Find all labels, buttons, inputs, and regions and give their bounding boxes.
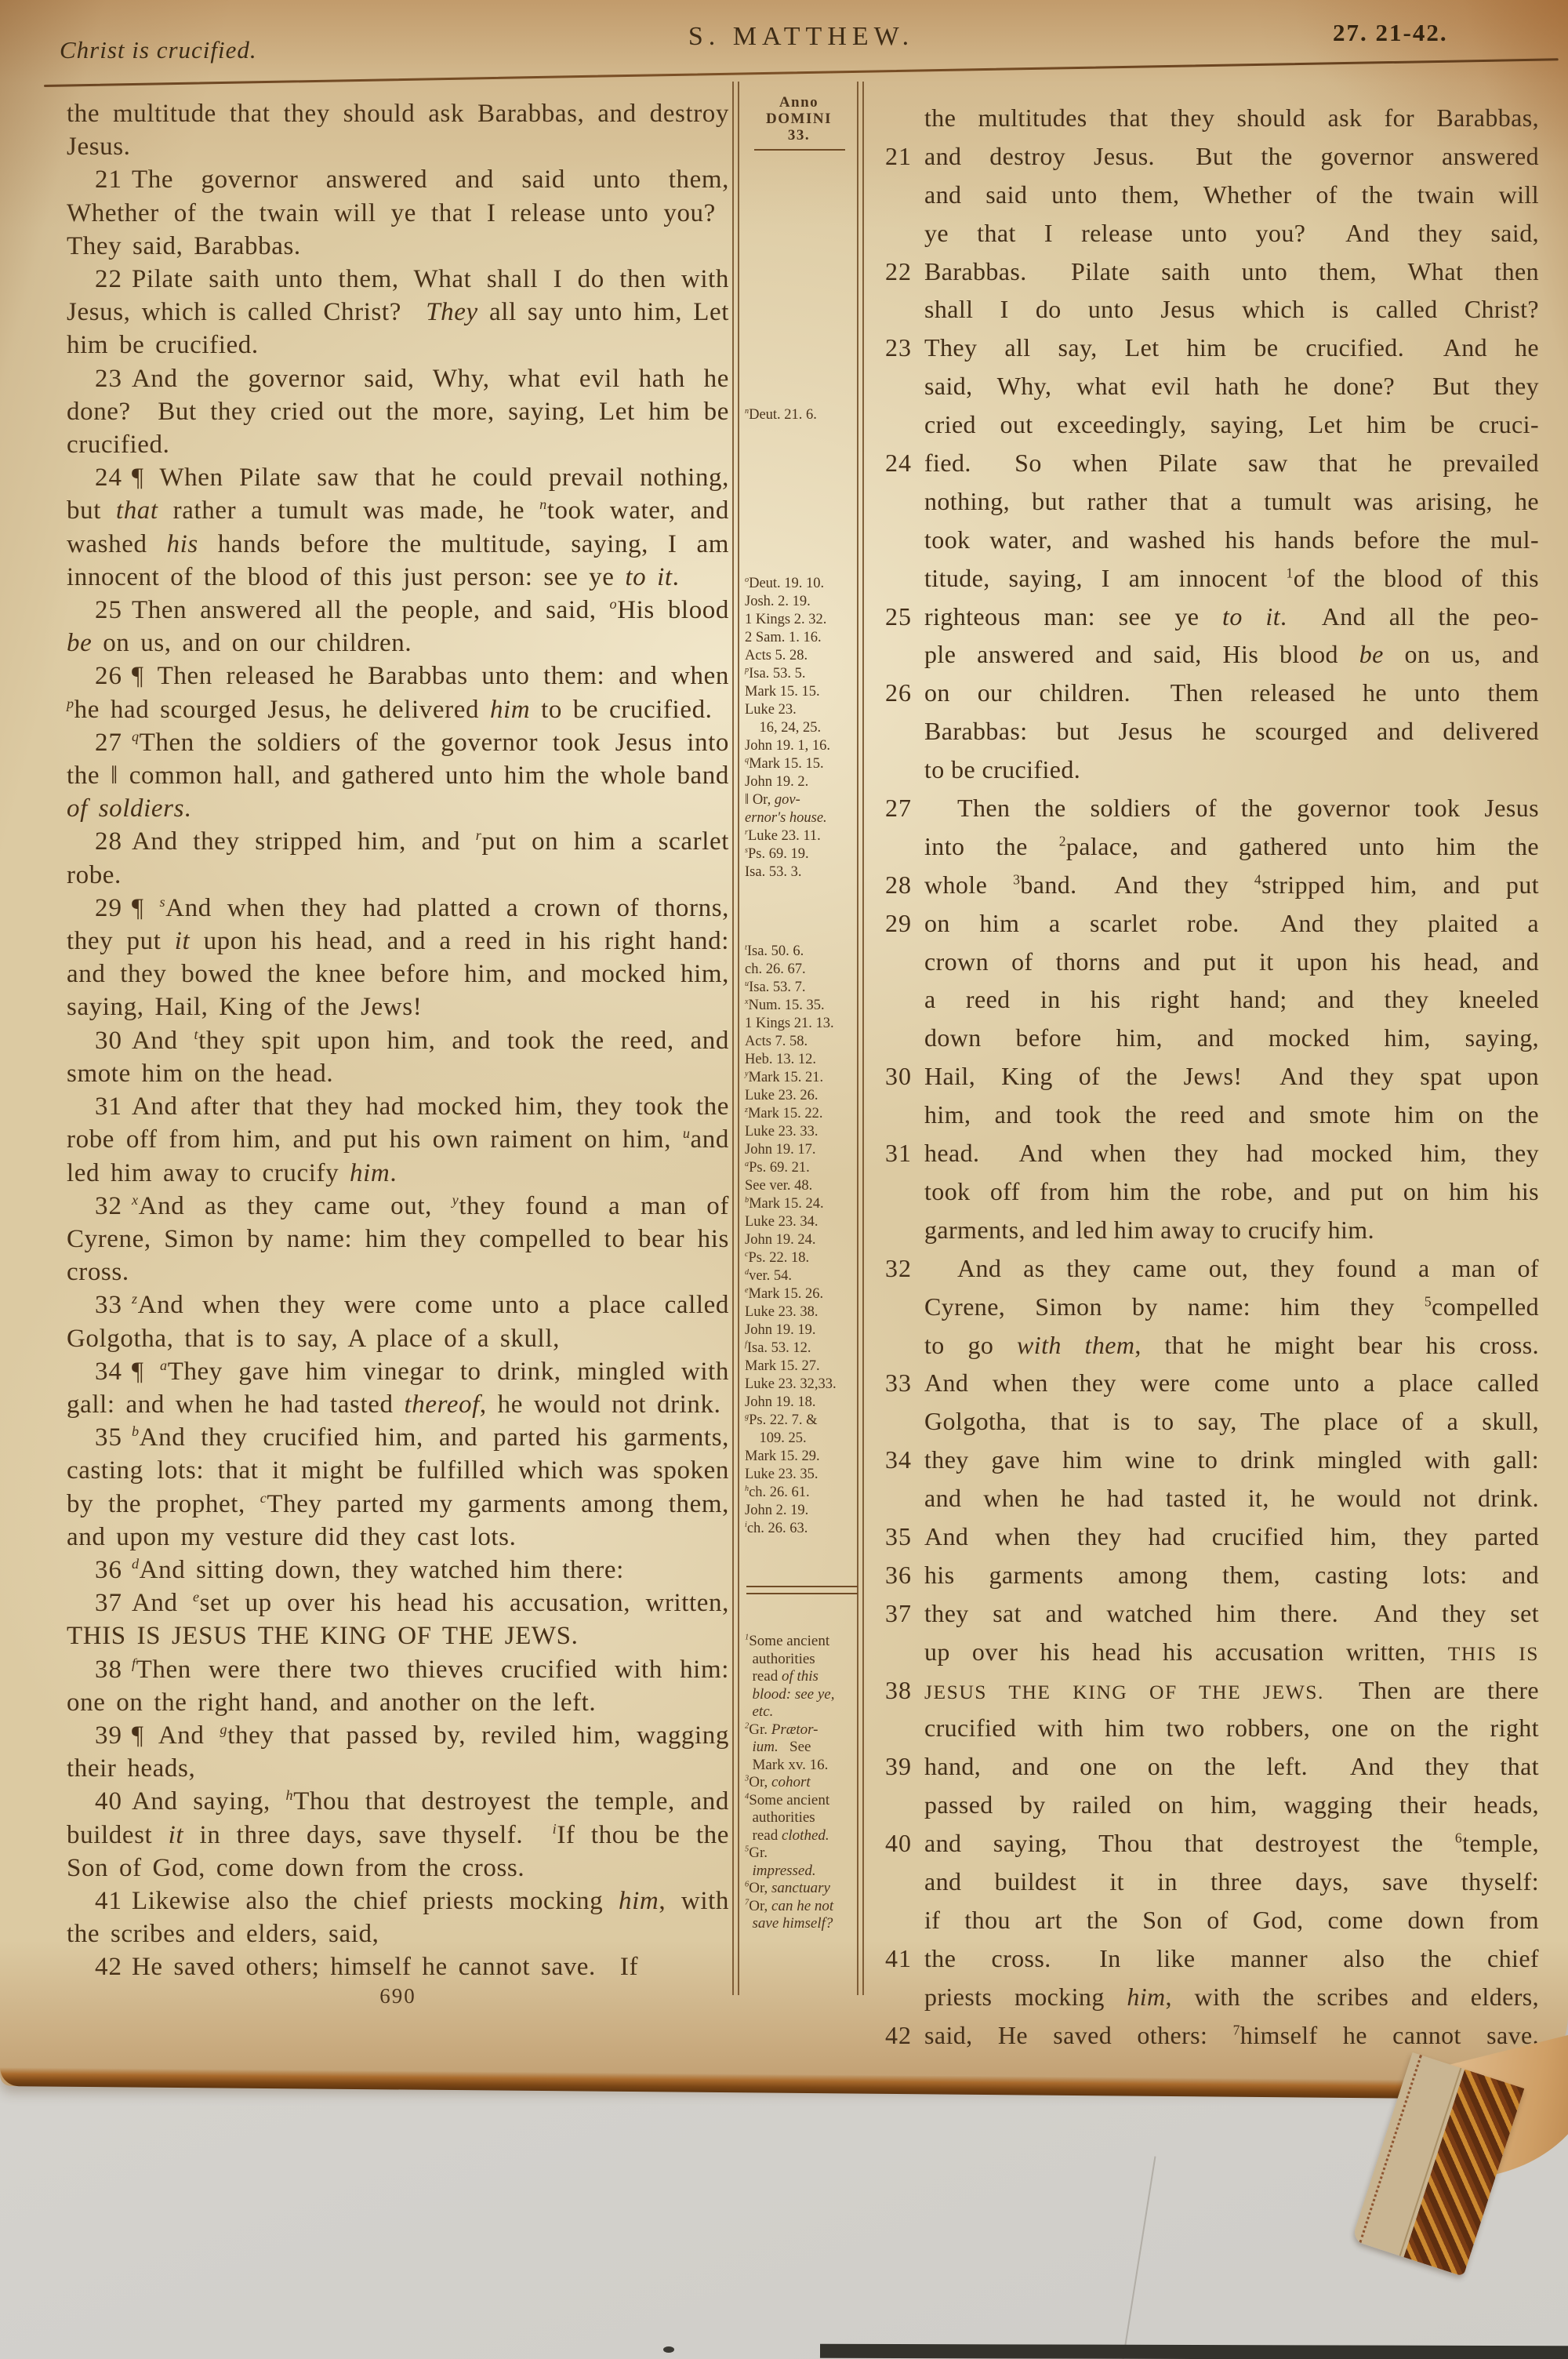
rv-line: passed by railed on him, wagging their h…	[866, 1786, 1539, 1824]
reference-line: 109. 25.	[745, 1430, 859, 1448]
verse-number: 37	[95, 1589, 132, 1617]
rv-line-text: said, Why, what evil hath he done? But t…	[924, 367, 1539, 405]
rv-line-text: passed by railed on him, wagging their h…	[924, 1786, 1539, 1824]
kjv-verse-40: 40And saying, hThou that destroyest the …	[67, 1785, 729, 1885]
rv-line: ye that I release unto you? And they sai…	[866, 214, 1539, 253]
rv-line-verse-30: 30Hail, King of the Jews! And they spat …	[866, 1057, 1539, 1096]
verse-number: 42	[95, 1953, 132, 1981]
rv-line-text: They all say, Let him be crucified. And …	[924, 329, 1539, 367]
rv-line-text: ple answered and said, His blood be on u…	[924, 635, 1539, 674]
verse-number: 30	[868, 1057, 912, 1096]
reference-line: 2 Sam. 1. 16.	[745, 629, 859, 647]
rv-line-verse-41: 41the cross. In like manner also the chi…	[866, 1939, 1539, 1978]
verse-number: 42	[868, 2016, 912, 2055]
kjv-verse-25: 25Then answered all the people, and said…	[67, 594, 729, 660]
reference-line: Acts 7. 58.	[745, 1033, 859, 1051]
reference-line: ernor's house.	[745, 809, 859, 827]
verse-number: 22	[868, 253, 912, 291]
verse-number: 38	[95, 1656, 132, 1684]
rv-line-text: head. And when they had mocked him, they	[924, 1134, 1539, 1172]
rv-line-text: said, He saved others: 7himself he canno…	[924, 2016, 1539, 2055]
reference-line: Luke 23. 32,33.	[745, 1376, 859, 1394]
footnote-line: etc.	[745, 1703, 859, 1721]
rv-line-verse-25: 25righteous man: see ye to it. And all t…	[866, 598, 1539, 636]
rv-line-text: Golgotha, that is to say, The place of a…	[924, 1402, 1539, 1441]
kjv-verse-34: 34¶ aThey gave him vinegar to drink, min…	[67, 1355, 729, 1421]
verse-number: 29	[95, 894, 132, 922]
anno-line: 33.	[740, 127, 858, 144]
footnote-line: 4Some ancient	[745, 1792, 859, 1810]
footnote-line: 1Some ancient	[745, 1633, 859, 1651]
reference-line: Acts 5. 28.	[745, 647, 859, 665]
running-head-chapter-verses: 27. 21-42.	[1333, 19, 1448, 47]
rv-line: if thou art the Son of God, come down fr…	[866, 1901, 1539, 1939]
reference-line: oDeut. 19. 10.	[745, 575, 859, 593]
rv-line-text: whole 3band. And they 4stripped him, and…	[924, 866, 1539, 904]
margin-references-block-1: nDeut. 21. 6.	[745, 406, 859, 424]
footnote-line: read of this	[745, 1668, 859, 1686]
rv-line-text: Barabbas. Pilate saith unto them, What t…	[924, 253, 1539, 291]
kjv-verse-33: 33zAnd when they were come unto a place …	[67, 1289, 729, 1354]
rv-line: Cyrene, Simon by name: him they 5compell…	[866, 1288, 1539, 1326]
footnote-line: read clothed.	[745, 1827, 859, 1845]
reference-line: Luke 23.	[745, 701, 859, 719]
rv-line: priests mocking him, with the scribes an…	[866, 1978, 1539, 2016]
reference-line: Luke 23. 35.	[745, 1466, 859, 1484]
rv-line-text: hand, and one on the left. And they that	[924, 1747, 1539, 1786]
rv-line-verse-31: 31head. And when they had mocked him, th…	[866, 1134, 1539, 1172]
rv-line-verse-40: 40and saying, Thou that destroyest the 6…	[866, 1824, 1539, 1863]
verse-number: 21	[95, 165, 132, 194]
rv-line-verse-39: 39hand, and one on the left. And they th…	[866, 1747, 1539, 1786]
rv-line-text: to go with them, that he might bear his …	[924, 1326, 1539, 1365]
rv-line: Barabbas: but Jesus he scourged and deli…	[866, 712, 1539, 751]
rv-line: crown of thorns and put it upon his head…	[866, 943, 1539, 981]
rv-line-verse-27: 27Then the soldiers of the governor took…	[866, 789, 1539, 827]
reference-line: ch. 26. 67.	[745, 961, 859, 979]
rv-line-verse-23: 23They all say, Let him be crucified. An…	[866, 329, 1539, 367]
rv-line-text: him, and took the reed and smote him on …	[924, 1096, 1539, 1134]
rv-line: the multitudes that they should ask for …	[866, 99, 1539, 137]
rv-line-verse-24: 24fied. So when Pilate saw that he preva…	[866, 444, 1539, 482]
verse-number: 41	[868, 1939, 912, 1978]
rv-line: and said unto them, Whether of the twain…	[866, 176, 1539, 214]
kjv-verse-35: 35bAnd they crucified him, and parted hi…	[67, 1421, 729, 1554]
rv-line: Golgotha, that is to say, The place of a…	[866, 1402, 1539, 1441]
reference-line: zMark 15. 22.	[745, 1105, 859, 1123]
verse-number: 32	[95, 1192, 132, 1220]
footnote-line: save himself?	[745, 1915, 859, 1933]
rv-line-verse-37: 37they sat and watched him there. And th…	[866, 1594, 1539, 1633]
rv-line-text: JESUS THE KING OF THE JEWS. Then are the…	[924, 1671, 1539, 1712]
reference-line: cPs. 22. 18.	[745, 1249, 859, 1267]
rv-line-text: and said unto them, Whether of the twain…	[924, 176, 1539, 214]
verse-number: 24	[95, 463, 132, 492]
reference-line: Luke 23. 26.	[745, 1087, 859, 1105]
running-head-title: S. MATTHEW.	[409, 22, 1193, 52]
rv-line-verse-36: 36his garments among them, casting lots:…	[866, 1556, 1539, 1594]
kjv-verse-31: 31And after that they had mocked him, th…	[67, 1090, 729, 1190]
rv-line: crucified with him two robbers, one on t…	[866, 1709, 1539, 1747]
rv-line-text: fied. So when Pilate saw that he prevail…	[924, 444, 1539, 482]
rv-line: ple answered and said, His blood be on u…	[866, 635, 1539, 674]
kjv-text-column: the multitude that they should ask Barab…	[67, 97, 729, 1984]
rv-line-text: to be crucified.	[924, 751, 1539, 789]
reference-line: John 19. 17.	[745, 1141, 859, 1159]
reference-line: bMark 15. 24.	[745, 1195, 859, 1213]
reference-line: pIsa. 53. 5.	[745, 665, 859, 683]
reference-line: hch. 26. 61.	[745, 1484, 859, 1502]
anno-line: Anno	[740, 94, 858, 111]
reference-line: John 19. 2.	[745, 773, 859, 791]
rv-line-text: And as they came out, they found a man o…	[957, 1249, 1539, 1288]
verse-number: 39	[95, 1721, 132, 1750]
kjv-verse-42: 42He saved others; himself he cannot sav…	[67, 1950, 729, 1983]
rv-line-text: titude, saying, I am innocent 1of the bl…	[924, 559, 1539, 598]
rv-line-text: and destroy Jesus. But the governor answ…	[924, 137, 1539, 176]
rv-line-text: on him a scarlet robe. And they plaited …	[924, 904, 1539, 943]
verse-number: 33	[95, 1291, 132, 1319]
footnote-line: impressed.	[745, 1863, 859, 1881]
reference-line: Luke 23. 33.	[745, 1123, 859, 1141]
rv-line-text: a reed in his right hand; and they kneel…	[924, 980, 1539, 1019]
reference-line: fIsa. 53. 12.	[745, 1339, 859, 1358]
footnote-line: 5Gr.	[745, 1845, 859, 1863]
kjv-verse-21: 21The governor answered and said unto th…	[67, 163, 729, 263]
reference-line: John 19. 1, 16.	[745, 737, 859, 755]
rv-line-text: Hail, King of the Jews! And they spat up…	[924, 1057, 1539, 1096]
rv-line-text: And when they were come unto a place cal…	[924, 1364, 1539, 1402]
verse-number: 27	[868, 789, 912, 827]
footnote-line: 6Or, sanctuary	[745, 1880, 859, 1898]
reference-line: Mark 15. 27.	[745, 1358, 859, 1376]
reference-line: qMark 15. 15.	[745, 755, 859, 773]
rv-line-verse-26: 26on our children. Then released he unto…	[866, 674, 1539, 712]
rv-line: a reed in his right hand; and they kneel…	[866, 980, 1539, 1019]
verse-number: 26	[868, 674, 912, 712]
reference-line: ‖ Or, gov-	[745, 791, 859, 809]
rv-line-verse-38: 38JESUS THE KING OF THE JEWS. Then are t…	[866, 1671, 1539, 1710]
rv-line-text: they gave him wine to drink mingled with…	[924, 1441, 1539, 1479]
kjv-verse-29: 29¶ sAnd when they had platted a crown o…	[67, 892, 729, 1024]
reference-line: xNum. 15. 35.	[745, 997, 859, 1015]
rv-line-text: on our children. Then released he unto t…	[924, 674, 1539, 712]
kjv-verse-36: 36dAnd sitting down, they watched him th…	[67, 1554, 729, 1587]
rv-line-text: into the 2palace, and gathered unto him …	[924, 827, 1539, 866]
rv-line: took off from him the robe, and put on h…	[866, 1172, 1539, 1211]
kjv-verse-22: 22Pilate saith unto them, What shall I d…	[67, 263, 729, 362]
rv-line-text: the cross. In like manner also the chief	[924, 1939, 1539, 1978]
rv-line-verse-29: 29on him a scarlet robe. And they plaite…	[866, 904, 1539, 943]
verse-number: 35	[868, 1518, 912, 1556]
footnote-line: 3Or, cohort	[745, 1774, 859, 1792]
reference-line: yMark 15. 21.	[745, 1069, 859, 1087]
rv-line: said, Why, what evil hath he done? But t…	[866, 367, 1539, 405]
verse-number: 28	[95, 827, 132, 856]
rv-line-text: if thou art the Son of God, come down fr…	[924, 1901, 1539, 1939]
kjv-verse-28: 28And they stripped him, and rput on him…	[67, 825, 729, 891]
kjv-verse-leadin: the multitude that they should ask Barab…	[67, 97, 729, 163]
rv-line: up over his head his accusation written,…	[866, 1633, 1539, 1671]
rv-line-text: and saying, Thou that destroyest the 6te…	[924, 1824, 1539, 1863]
footnote-line: ium. See	[745, 1739, 859, 1757]
verse-number: 23	[868, 329, 912, 367]
rv-line: nothing, but rather that a tumult was ar…	[866, 482, 1539, 521]
footnote-line: Mark xv. 16.	[745, 1757, 859, 1775]
reference-line: Luke 23. 34.	[745, 1213, 859, 1231]
reference-line: uIsa. 53. 7.	[745, 979, 859, 997]
verse-number: 25	[95, 596, 132, 624]
column-rule	[862, 82, 864, 1995]
rv-line: garments, and led him away to crucify hi…	[866, 1211, 1539, 1249]
verse-number: 41	[95, 1887, 132, 1915]
desk-surface: Christ is crucified. S. MATTHEW. 27. 21-…	[0, 0, 1568, 2359]
rv-line-text: took water, and washed his hands before …	[924, 521, 1539, 559]
verse-number: 37	[868, 1594, 912, 1633]
margin-references-block-2: oDeut. 19. 10.Josh. 2. 19.1 Kings 2. 32.…	[745, 575, 859, 881]
rv-line-text: ye that I release unto you? And they sai…	[924, 214, 1539, 253]
rv-line-text: and when he had tasted it, he would not …	[924, 1479, 1539, 1518]
rv-line: down before him, and mocked him, saying,	[866, 1019, 1539, 1057]
anno-line: DOMINI	[740, 111, 858, 127]
rv-line-text: nothing, but rather that a tumult was ar…	[924, 482, 1539, 521]
reference-line: ich. 26. 63.	[745, 1520, 859, 1538]
rv-line: and buildest it in three days, save thys…	[866, 1863, 1539, 1901]
reference-line: tIsa. 50. 6.	[745, 943, 859, 961]
column-rule	[738, 82, 739, 1995]
kjv-verse-39: 39¶ And gthey that passed by, reviled hi…	[67, 1719, 729, 1785]
paper-fold-line	[1123, 2156, 1156, 2359]
verse-number: 26	[95, 662, 132, 690]
verse-number: 32	[868, 1249, 912, 1288]
verse-number: 34	[868, 1441, 912, 1479]
verse-number: 40	[95, 1787, 132, 1816]
footnote-line: 2Gr. Prætor-	[745, 1721, 859, 1739]
rv-line: him, and took the reed and smote him on …	[866, 1096, 1539, 1134]
verse-number: 35	[95, 1423, 132, 1452]
reference-line: gPs. 22. 7. &	[745, 1412, 859, 1430]
rv-line-text: down before him, and mocked him, saying,	[924, 1019, 1539, 1057]
rv-line-verse-28: 28whole 3band. And they 4stripped him, a…	[866, 866, 1539, 904]
page-number: 690	[67, 1984, 729, 2008]
rv-line-verse-21: 21and destroy Jesus. But the governor an…	[866, 137, 1539, 176]
rv-line-text: Barabbas: but Jesus he scourged and deli…	[924, 712, 1539, 751]
rv-text-column: the multitudes that they should ask for …	[866, 99, 1539, 2054]
reference-line: See ver. 48.	[745, 1177, 859, 1195]
verse-number: 23	[95, 365, 132, 393]
rv-line-text: and buildest it in three days, save thys…	[924, 1863, 1539, 1901]
rv-line-text: cried out exceedingly, saying, Let him b…	[924, 405, 1539, 444]
verse-number: 34	[95, 1358, 132, 1386]
column-rule	[732, 82, 734, 1995]
anno-domini-note: Anno DOMINI 33.	[740, 94, 858, 144]
kjv-verse-24: 24¶ When Pilate saw that he could prevai…	[67, 461, 729, 594]
verse-number: 36	[95, 1556, 132, 1584]
verse-number: 29	[868, 904, 912, 943]
bottom-shadow	[820, 2344, 1568, 2359]
verse-number: 31	[868, 1134, 912, 1172]
verse-number: 30	[95, 1027, 132, 1055]
kjv-verse-27: 27qThen the soldiers of the governor too…	[67, 726, 729, 826]
verse-number: 22	[95, 265, 132, 293]
footnote-line: blood: see ye,	[745, 1686, 859, 1704]
rv-line-verse-32: 32And as they came out, they found a man…	[866, 1249, 1539, 1288]
kjv-verse-30: 30And tthey spit upon him, and took the …	[67, 1024, 729, 1090]
reference-line: dver. 54.	[745, 1267, 859, 1285]
kjv-verse-41: 41Likewise also the chief priests mockin…	[67, 1885, 729, 1950]
reference-line: eMark 15. 26.	[745, 1285, 859, 1303]
verse-number: 39	[868, 1747, 912, 1786]
running-head-left: Christ is crucified.	[60, 36, 257, 64]
reference-line: sPs. 69. 19.	[745, 845, 859, 863]
rv-line-verse-34: 34they gave him wine to drink mingled wi…	[866, 1441, 1539, 1479]
rv-line-text: garments, and led him away to crucify hi…	[924, 1211, 1539, 1249]
reference-line: John 19. 24.	[745, 1231, 859, 1249]
footnote-line: authorities	[745, 1809, 859, 1827]
rv-line: titude, saying, I am innocent 1of the bl…	[866, 559, 1539, 598]
rv-line-verse-35: 35And when they had crucified him, they …	[866, 1518, 1539, 1556]
margin-references-block-3: tIsa. 50. 6.ch. 26. 67.uIsa. 53. 7.xNum.…	[745, 943, 859, 1538]
rv-line: to go with them, that he might bear his …	[866, 1326, 1539, 1365]
reference-line: Isa. 53. 3.	[745, 863, 859, 881]
reference-line: Josh. 2. 19.	[745, 593, 859, 611]
rv-line: cried out exceedingly, saying, Let him b…	[866, 405, 1539, 444]
rv-line-text: crucified with him two robbers, one on t…	[924, 1709, 1539, 1747]
kjv-verse-32: 32xAnd as they came out, ythey found a m…	[67, 1190, 729, 1289]
rv-line-verse-33: 33And when they were come unto a place c…	[866, 1364, 1539, 1402]
rv-line-text: up over his head his accusation written,…	[924, 1633, 1539, 1674]
kjv-verse-37: 37And eset up over his head his accusati…	[67, 1587, 729, 1652]
rv-line-text: took off from him the robe, and put on h…	[924, 1172, 1539, 1211]
reference-line: nDeut. 21. 6.	[745, 406, 859, 424]
reference-line: John 19. 18.	[745, 1394, 859, 1412]
rv-line-text: his garments among them, casting lots: a…	[924, 1556, 1539, 1594]
reference-line: 1 Kings 21. 13.	[745, 1015, 859, 1033]
verse-number: 36	[868, 1556, 912, 1594]
rv-line-text: Cyrene, Simon by name: him they 5compell…	[924, 1288, 1539, 1326]
rv-line-text: crown of thorns and put it upon his head…	[924, 943, 1539, 981]
verse-number: 31	[95, 1092, 132, 1121]
rv-line-text: priests mocking him, with the scribes an…	[924, 1978, 1539, 2016]
kjv-verse-26: 26¶ Then released he Barabbas unto them:…	[67, 660, 729, 725]
rv-line: and when he had tasted it, he would not …	[866, 1479, 1539, 1518]
rv-line-text: Then the soldiers of the governor took J…	[957, 789, 1539, 827]
rv-margin-footnotes: 1Some ancient authorities read of this b…	[745, 1633, 859, 1933]
reference-line: Mark 15. 29.	[745, 1448, 859, 1466]
rv-line-text: the multitudes that they should ask for …	[924, 99, 1539, 137]
verse-number: 24	[868, 444, 912, 482]
verse-number: 21	[868, 137, 912, 176]
rv-line-verse-22: 22Barabbas. Pilate saith unto them, What…	[866, 253, 1539, 291]
chapter-number: 27.	[1333, 19, 1368, 46]
verse-number: 40	[868, 1824, 912, 1863]
verse-number: 25	[868, 598, 912, 636]
footnote-line: 7Or, can he not	[745, 1898, 859, 1916]
references-separator-rule	[746, 1586, 858, 1594]
reference-line: John 2. 19.	[745, 1502, 859, 1520]
anno-rule	[754, 149, 845, 151]
kjv-verse-38: 38fThen were there two thieves crucified…	[67, 1653, 729, 1719]
rv-line: to be crucified.	[866, 751, 1539, 789]
reference-line: Heb. 13. 12.	[745, 1051, 859, 1069]
dust-speck	[663, 2346, 674, 2353]
verse-range: 21-42.	[1376, 19, 1448, 46]
verse-number: 33	[868, 1364, 912, 1402]
reference-line: 16, 24, 25.	[745, 719, 859, 737]
rv-line-text: they sat and watched him there. And they…	[924, 1594, 1539, 1633]
kjv-verse-23: 23And the governor said, Why, what evil …	[67, 362, 729, 462]
rv-line: into the 2palace, and gathered unto him …	[866, 827, 1539, 866]
book-page: Christ is crucified. S. MATTHEW. 27. 21-…	[0, 0, 1568, 2086]
verse-number: 27	[95, 729, 132, 757]
verse-number: 28	[868, 866, 912, 904]
rv-line-text: shall I do unto Jesus which is called Ch…	[924, 290, 1539, 329]
reference-line: Mark 15. 15.	[745, 683, 859, 701]
reference-line: Luke 23. 38.	[745, 1303, 859, 1321]
reference-line: aPs. 69. 21.	[745, 1159, 859, 1177]
rv-line: shall I do unto Jesus which is called Ch…	[866, 290, 1539, 329]
rv-line-verse-42: 42said, He saved others: 7himself he can…	[866, 2016, 1539, 2055]
verse-number: 38	[868, 1671, 912, 1710]
rv-line-text: And when they had crucified him, they pa…	[924, 1518, 1539, 1556]
rv-line-text: righteous man: see ye to it. And all the…	[924, 598, 1539, 636]
header-rule	[44, 58, 1559, 87]
reference-line: John 19. 19.	[745, 1321, 859, 1339]
footnote-line: authorities	[745, 1651, 859, 1669]
reference-line: rLuke 23. 11.	[745, 827, 859, 845]
rv-line: took water, and washed his hands before …	[866, 521, 1539, 559]
reference-line: 1 Kings 2. 32.	[745, 611, 859, 629]
